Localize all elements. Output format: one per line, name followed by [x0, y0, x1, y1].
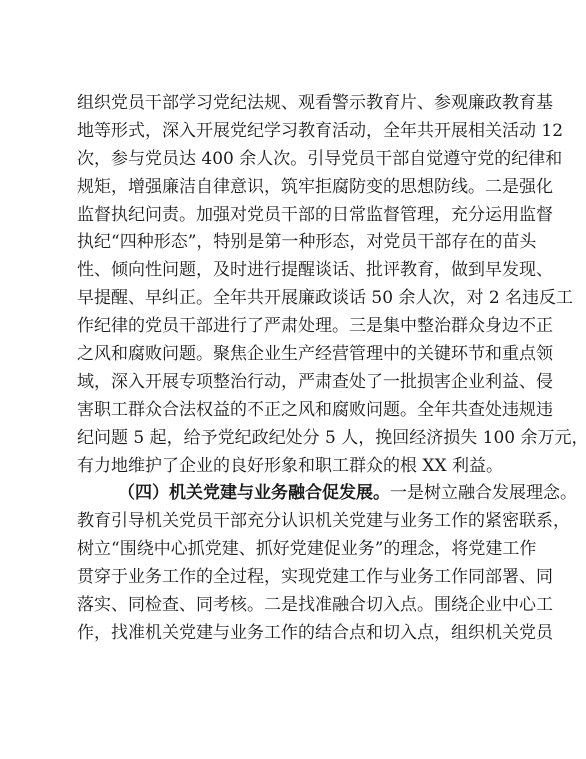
paragraph-line: 树立“围绕中心抓党建、抓好党建促业务”的理念，将党建工作: [77, 536, 511, 564]
paragraph-line: 地等形式，深入开展党纪学习教育活动，全年共开展相关活动 12: [77, 118, 511, 146]
paragraph-line: 纪问题 5 起，给予党纪政纪处分 5 人，挽回经济损失 100 余万元，: [77, 425, 511, 453]
paragraph-line: 组织党员干部学习党纪法规、观看警示教育片、参观廉政教育基: [77, 90, 511, 118]
paragraph-line: 次，参与党员达 400 余人次。引导党员干部自觉遵守党的纪律和: [77, 146, 511, 174]
paragraph-line: 规矩，增强廉洁自律意识，筑牢拒腐防变的思想防线。二是强化: [77, 174, 511, 202]
section-heading-rest: 一是树立融合发展理念。: [390, 483, 577, 503]
paragraph-line: 贯穿于业务工作的全过程，实现党建工作与业务工作同部署、同: [77, 564, 511, 592]
paragraph-line: 性、倾向性问题，及时进行提醒谈话、批评教育，做到早发现、: [77, 257, 511, 285]
paragraph-line: 执纪“四种形态”，特别是第一种形态，对党员干部存在的苗头: [77, 229, 511, 257]
paragraph-line: 害职工群众合法权益的不正之风和腐败问题。全年共查处违规违: [77, 397, 511, 425]
section-heading: （四）机关党建与业务融合促发展。: [118, 483, 390, 503]
paragraph-line: 域，深入开展专项整治行动，严肃查处了一批损害企业利益、侵: [77, 369, 511, 397]
document-page: 组织党员干部学习党纪法规、观看警示教育片、参观廉政教育基 地等形式，深入开展党纪…: [77, 90, 511, 648]
paragraph-line: 落实、同检查、同考核。二是找准融合切入点。围绕企业中心工: [77, 592, 511, 620]
paragraph-line: 有力地维护了企业的良好形象和职工群众的根 XX 利益。: [77, 453, 511, 481]
paragraph-line: 监督执纪问责。加强对党员干部的日常监督管理，充分运用监督: [77, 202, 511, 230]
section-heading-line: （四）机关党建与业务融合促发展。一是树立融合发展理念。: [77, 480, 511, 508]
paragraph-line: 教育引导机关党员干部充分认识机关党建与业务工作的紧密联系，: [77, 508, 511, 536]
paragraph-line: 之风和腐败问题。聚焦企业生产经营管理中的关键环节和重点领: [77, 341, 511, 369]
paragraph-line: 作纪律的党员干部进行了严肃处理。三是集中整治群众身边不正: [77, 313, 511, 341]
paragraph-line: 早提醒、早纠正。全年共开展廉政谈话 50 余人次，对 2 名违反工: [77, 285, 511, 313]
paragraph-line: 作，找准机关党建与业务工作的结合点和切入点，组织机关党员: [77, 620, 511, 648]
